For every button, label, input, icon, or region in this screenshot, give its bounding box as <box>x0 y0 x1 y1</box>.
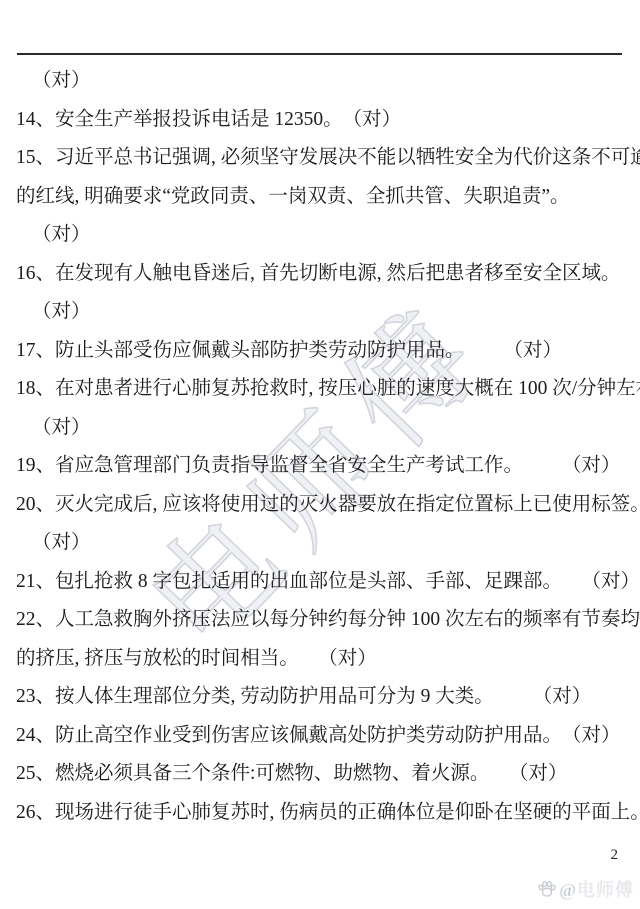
text-line: 24、防止高空作业受到伤害应该佩戴高处防护类劳动防护用品。 （对） <box>16 717 628 756</box>
page-number: 2 <box>611 847 619 864</box>
question-list: （对）14、安全生产举报投诉电话是 12350。 （对）15、习近平总书记强调,… <box>16 62 628 832</box>
text-line: 的挤压, 挤压与放松的时间相当。 （对） <box>16 640 628 679</box>
text-line: 25、燃烧必须具备三个条件:可燃物、助燃物、着火源。 （对） <box>16 755 628 794</box>
corner-watermark: @电师傅 <box>537 876 634 902</box>
text-line: 16、在发现有人触电昏迷后, 首先切断电源, 然后把患者移至安全区域。 <box>16 255 628 294</box>
corner-watermark-text: @电师傅 <box>559 876 634 902</box>
text-line: 26、现场进行徒手心肺复苏时, 伤病员的正确体位是仰卧在坚硬的平面上。 <box>16 794 628 833</box>
text-line: 14、安全生产举报投诉电话是 12350。 （对） <box>16 101 628 140</box>
baidu-paw-icon <box>537 879 557 899</box>
text-line: 19、省应急管理部门负责指导监督全省安全生产考试工作。 （对） <box>16 447 628 486</box>
text-line: 20、灭火完成后, 应该将使用过的灭火器要放在指定位置标上已使用标签。 <box>16 486 628 525</box>
text-line: （对） <box>16 62 628 101</box>
text-line: 21、包扎抢救 8 字包扎适用的出血部位是头部、手部、足踝部。 （对） <box>16 563 628 602</box>
text-line: （对） <box>16 409 628 448</box>
text-line: 17、防止头部受伤应佩戴头部防护类劳动防护用品。 （对） <box>16 332 628 371</box>
text-line: 的红线, 明确要求“党政同责、一岗双责、全抓共管、失职追责”。 <box>16 178 628 217</box>
document-page: 电师傅 （对）14、安全生产举报投诉电话是 12350。 （对）15、习近平总书… <box>0 0 640 909</box>
text-line: 22、人工急救胸外挤压法应以每分钟约每分钟 100 次左右的频率有节奏均匀 <box>16 601 628 640</box>
text-line: 23、按人体生理部位分类, 劳动防护用品可分为 9 大类。 （对） <box>16 678 628 717</box>
text-line: （对） <box>16 216 628 255</box>
header-rule <box>17 53 622 55</box>
text-line: 15、习近平总书记强调, 必须坚守发展决不能以牺牲安全为代价这条不可逾越 <box>16 139 628 178</box>
text-line: （对） <box>16 293 628 332</box>
text-line: 18、在对患者进行心肺复苏抢救时, 按压心脏的速度大概在 100 次/分钟左右。 <box>16 370 628 409</box>
text-line: （对） <box>16 524 628 563</box>
